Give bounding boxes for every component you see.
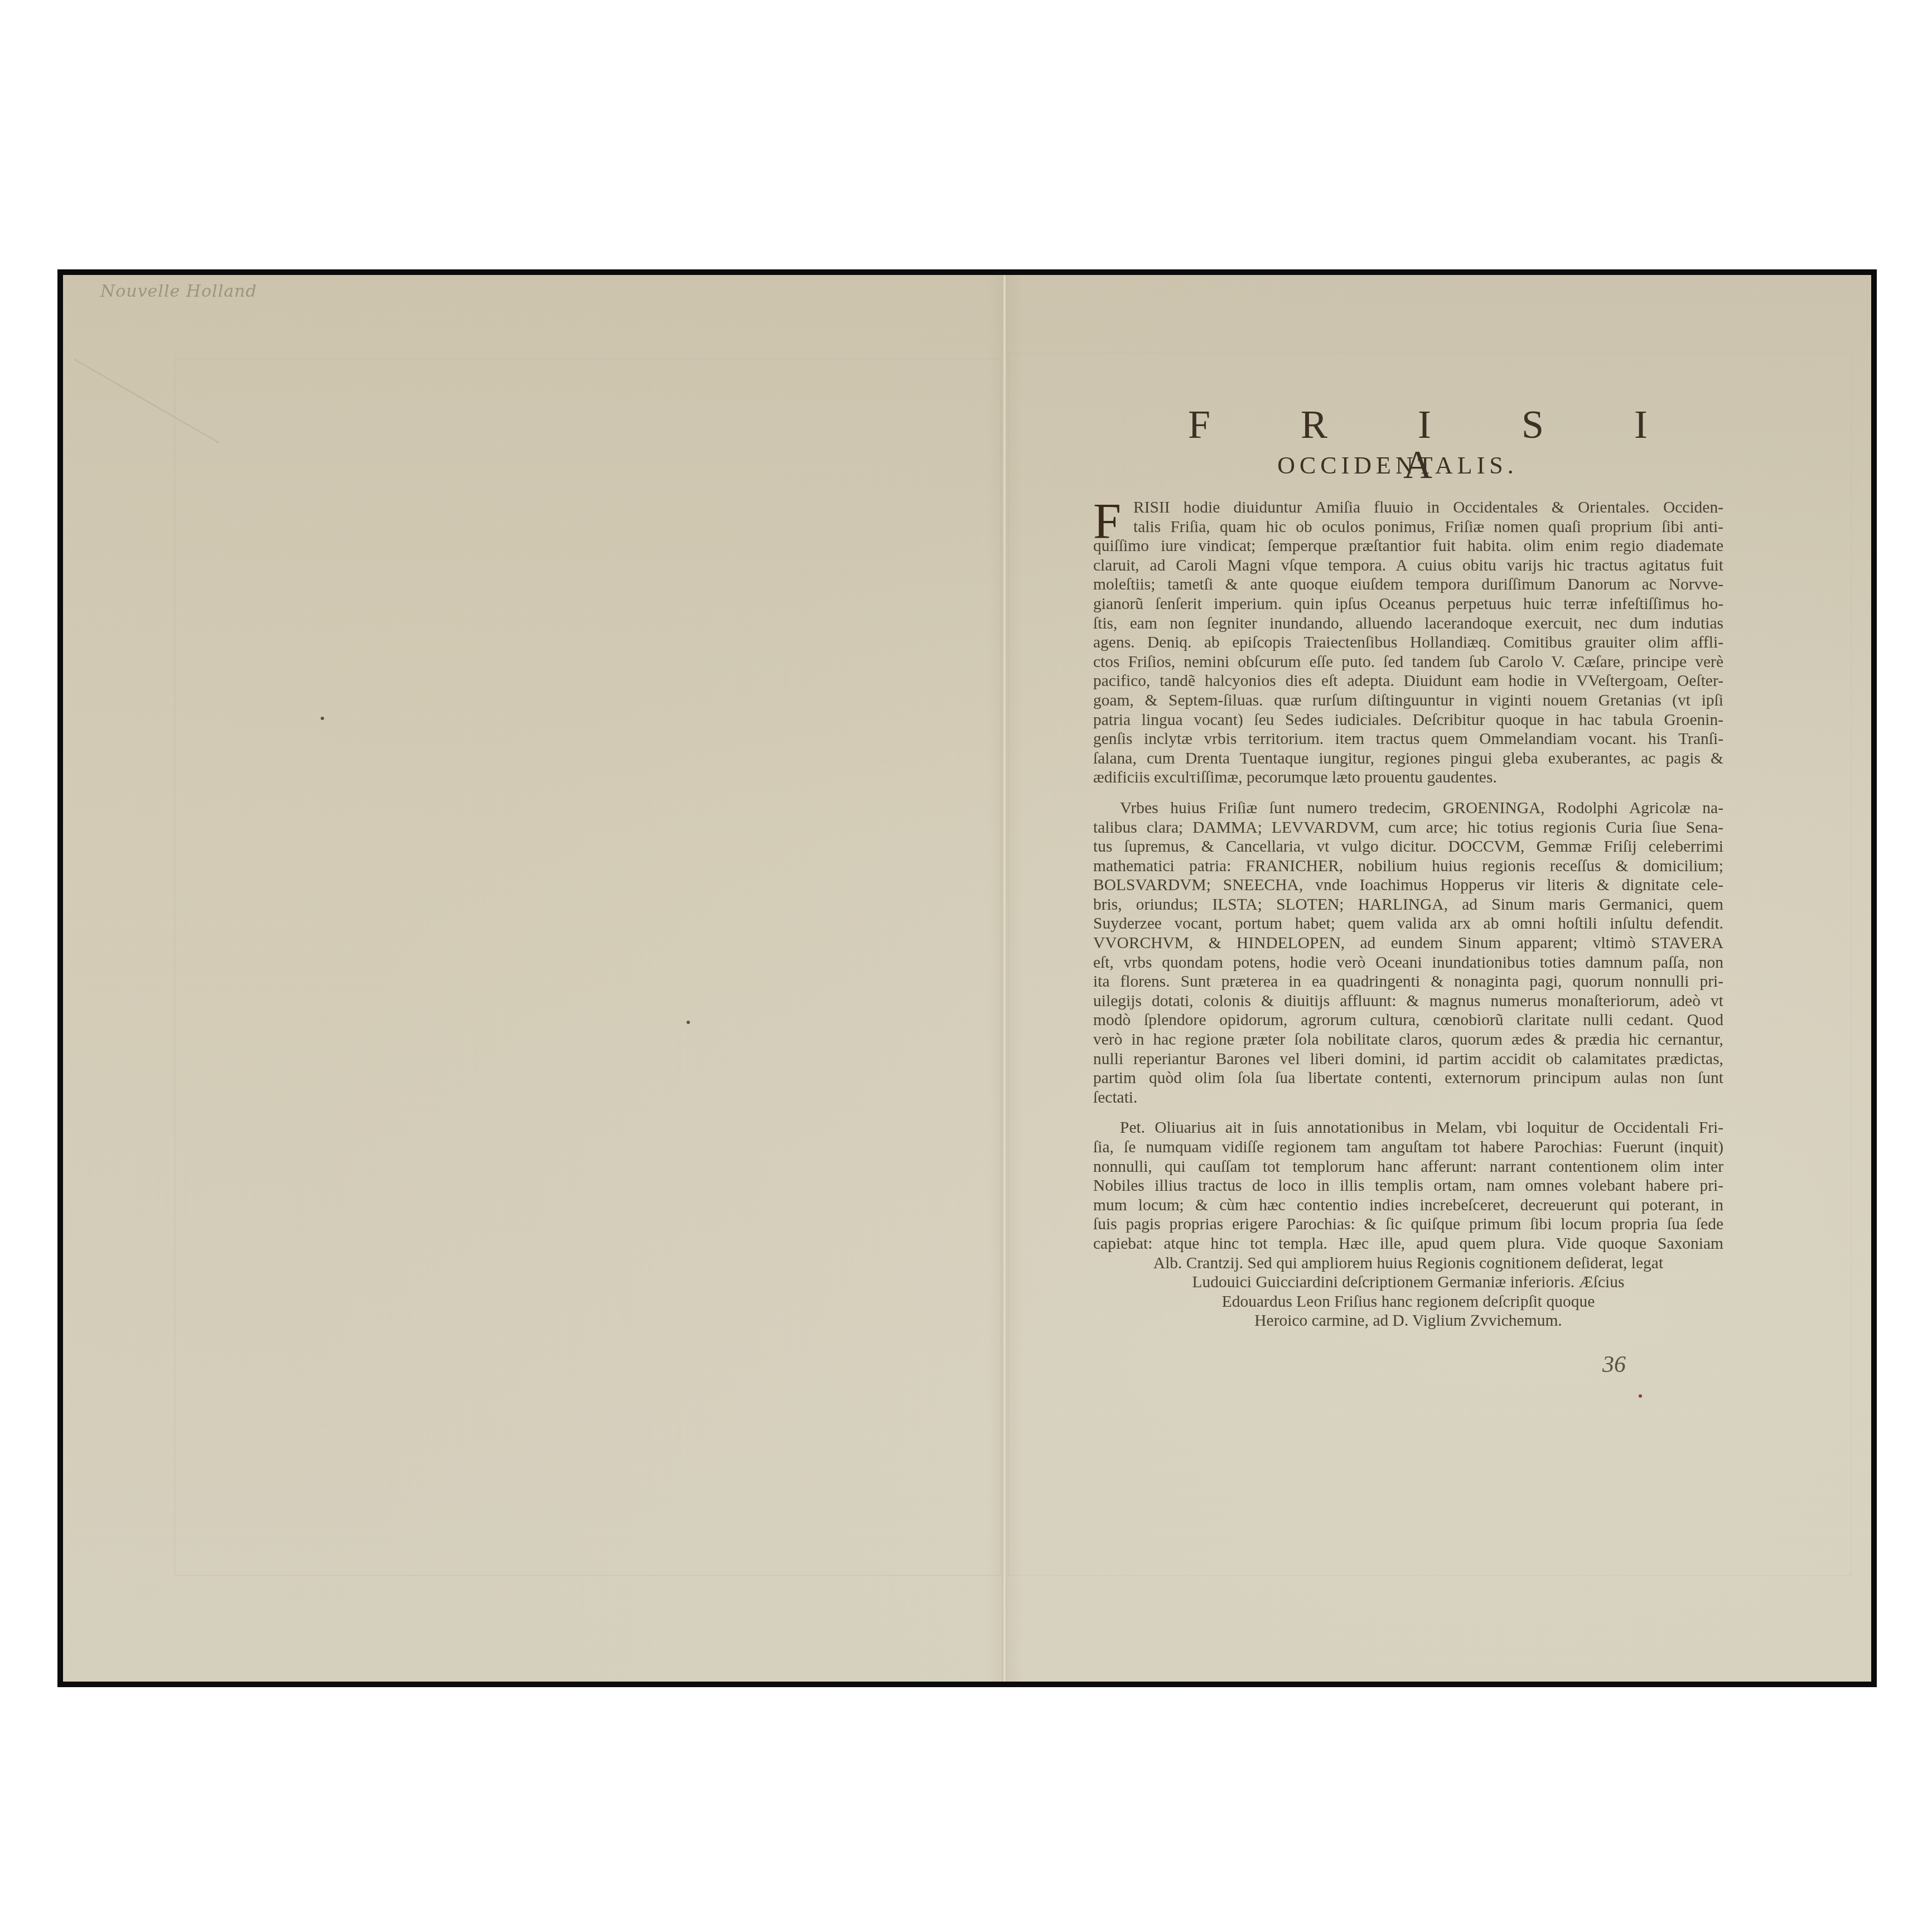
text-line: Vrbes huius Friſiæ ſunt numero tredecim,…: [1093, 799, 1723, 818]
drop-cap: F: [1093, 498, 1121, 546]
page-number: 36: [1602, 1351, 1626, 1378]
text-line: ctos Friſios, nemini obſcurum eſſe puto.…: [1093, 653, 1723, 672]
text-line-centered: Heroico carmine, ad D. Viglium Zvvichemu…: [1093, 1311, 1723, 1331]
left-plate-mark: [175, 359, 1001, 1576]
text-line: mum locum; & cùm hæc contentio indies in…: [1093, 1196, 1723, 1215]
text-line: nulli reperiantur Barones vel liberi dom…: [1093, 1050, 1723, 1069]
ink-speck: [1639, 1394, 1642, 1398]
text-line: tus ſupremus, & Cancellaria, vt vulgo di…: [1093, 837, 1723, 857]
page-subtitle: OCCIDENTALIS.: [1091, 453, 1704, 478]
handwritten-note: Nouvelle Holland: [100, 282, 257, 301]
text-line: ſtis, eam non ſegniter inundando, alluen…: [1093, 614, 1723, 634]
text-line: modò ſplendore opidorum, agrorum cultura…: [1093, 1011, 1723, 1030]
text-line: agens. Deniq. ab epiſcopis Traiectenſibu…: [1093, 633, 1723, 653]
text-line: capiebat: atque hinc tot templa. Hæc ill…: [1093, 1234, 1723, 1254]
text-line: ædificiis exculτiſſimæ, pecorumque læto …: [1093, 768, 1723, 788]
text-line-centered: Ludouici Guicciardini deſcriptionem Germ…: [1093, 1273, 1723, 1292]
text-line: gianorũ ſenſerit imperium. quin ipſus Oc…: [1093, 595, 1723, 614]
text-line: RISII hodie diuiduntur Amiſia fluuio in …: [1093, 498, 1723, 518]
text-line: claruit, ad Caroli Magni vſque tempora. …: [1093, 556, 1723, 576]
text-line: Pet. Oliuarius ait in ſuis annotationibu…: [1093, 1118, 1723, 1138]
left-page: Nouvelle Holland: [63, 275, 1002, 1682]
text-line: talibus clara; DAMMA; LEVVARDVM, cum arc…: [1093, 818, 1723, 838]
text-line: eſt, vrbs quondam potens, hodie verò Oce…: [1093, 953, 1723, 973]
text-line: talis Friſia, quam hic ob oculos ponimus…: [1093, 518, 1723, 537]
text-line: BOLSVARDVM; SNEECHA, vnde Ioachimus Hopp…: [1093, 876, 1723, 895]
text-line: nonnulli, qui cauſſam tot templorum hanc…: [1093, 1157, 1723, 1177]
text-line: ſia, ſe numquam vidiſſe regionem tam ang…: [1093, 1138, 1723, 1157]
text-line-centered: Edouardus Leon Friſius hanc regionem deſ…: [1093, 1292, 1723, 1312]
text-line: ita florens. Sunt præterea in ea quadrin…: [1093, 972, 1723, 992]
text-line: bris, oriundus; ILSTA; SLOTEN; HARLINGA,…: [1093, 895, 1723, 915]
text-line: pacifico, tandẽ halcyonios dies eſt adep…: [1093, 672, 1723, 691]
text-line: verò in hac regione præter ſola nobilita…: [1093, 1030, 1723, 1050]
text-line: genſis inclytæ vrbis territorium. item t…: [1093, 730, 1723, 749]
paragraph-1: F RISII hodie diuiduntur Amiſia fluuio i…: [1093, 498, 1723, 788]
text-line: ſectati.: [1093, 1088, 1723, 1108]
text-line: goam, & Septem-ſiluas. quæ rurſum diſtin…: [1093, 691, 1723, 711]
text-line: quiſſimo iure vindicat; ſemperque præſta…: [1093, 537, 1723, 556]
paragraph-3: Pet. Oliuarius ait in ſuis annotationibu…: [1093, 1118, 1723, 1331]
text-line: ſalana, cum Drenta Tuentaque iungitur, r…: [1093, 749, 1723, 769]
paper-speck: [321, 717, 324, 720]
body-text: F RISII hodie diuiduntur Amiſia fluuio i…: [1093, 498, 1723, 1342]
text-line: moleſtiis; tametſi & ante quoque eiuſdem…: [1093, 575, 1723, 595]
text-line: ſuis pagis proprias erigere Parochias: &…: [1093, 1215, 1723, 1234]
text-line: uilegijs dotati, colonis & diuitijs affl…: [1093, 992, 1723, 1011]
text-line-centered: Alb. Crantzij. Sed qui ampliorem huius R…: [1093, 1254, 1723, 1273]
paragraph-2: Vrbes huius Friſiæ ſunt numero tredecim,…: [1093, 799, 1723, 1108]
paper-speck: [687, 1021, 690, 1024]
text-line: mathematici patria: FRANICHER, nobilium …: [1093, 857, 1723, 876]
scanned-sheet: Nouvelle Holland F R I S I A OCCIDENTALI…: [57, 269, 1877, 1687]
text-line: Suyderzee vocant, portum habet; quem val…: [1093, 914, 1723, 934]
text-line: patria lingua vocant) ſeu Sedes iudicial…: [1093, 711, 1723, 730]
text-line: partim quòd olim ſola ſua libertate cont…: [1093, 1069, 1723, 1088]
text-line: Nobiles illius tractus de loco in illis …: [1093, 1176, 1723, 1196]
center-fold: [1002, 275, 1007, 1682]
text-line: VVORCHVM, & HINDELOPEN, ad eundem Sinum …: [1093, 934, 1723, 953]
